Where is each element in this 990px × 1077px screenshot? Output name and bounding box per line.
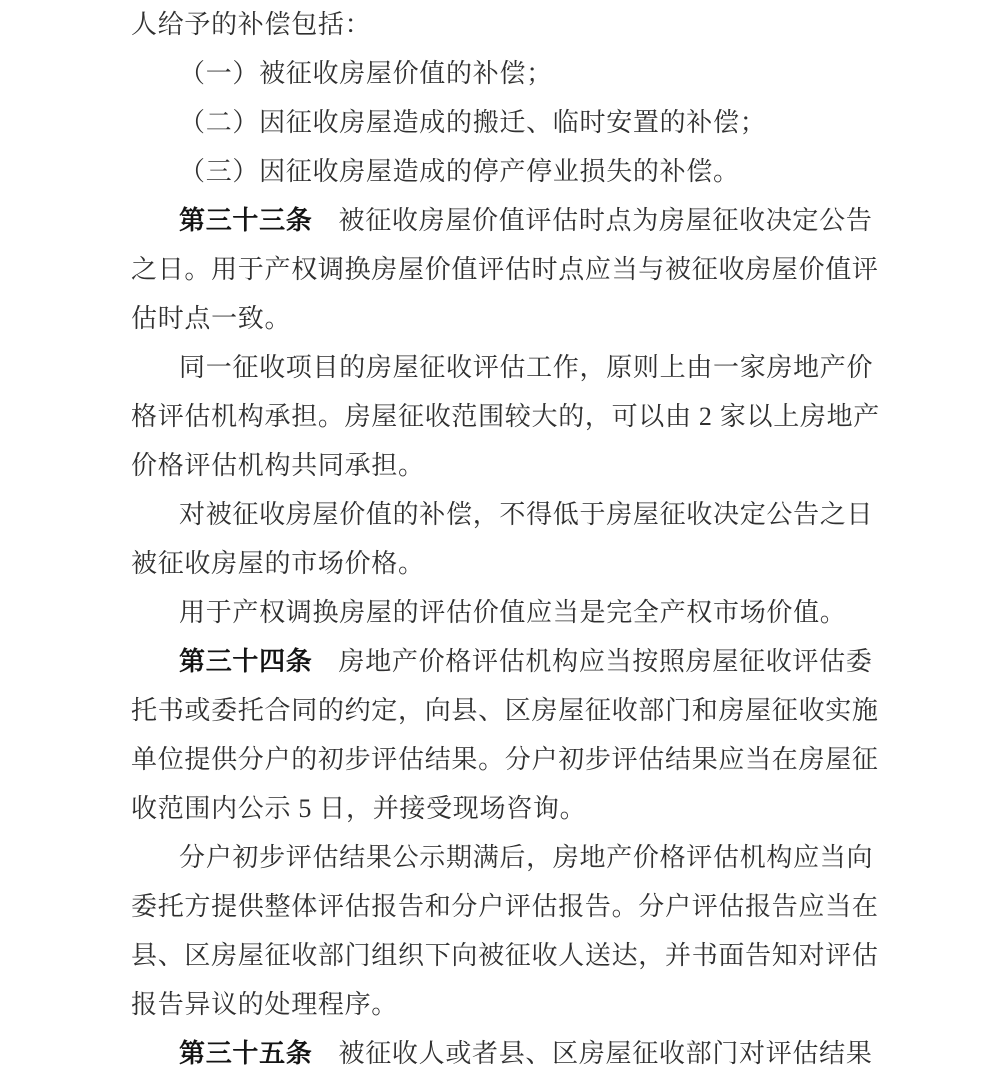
line-text: （三）因征收房屋造成的停产停业损失的补偿。 [179, 157, 740, 186]
line-text: 用于产权调换房屋的评估价值应当是完全产权市场价值。 [179, 598, 847, 627]
text-line: 同一征收项目的房屋征收评估工作，原则上由一家房地产价 [131, 343, 882, 392]
text-line: 估时点一致。 [131, 294, 882, 343]
article-line: 第三十三条被征收房屋价值评估时点为房屋征收决定公告 [131, 196, 882, 245]
line-text: 同一征收项目的房屋征收评估工作，原则上由一家房地产价 [179, 353, 873, 382]
line-text: 人给予的补偿包括： [131, 10, 371, 39]
article-line: 第三十四条房地产价格评估机构应当按照房屋征收评估委 [131, 637, 882, 686]
text-line: 委托方提供整体评估报告和分户评估报告。分户评估报告应当在 [131, 882, 882, 931]
text-line: 收范围内公示 5 日，并接受现场咨询。 [131, 784, 882, 833]
text-line: 县、区房屋征收部门组织下向被征收人送达，并书面告知对评估 [131, 931, 882, 980]
text-line: 被征收房屋的市场价格。 [131, 539, 882, 588]
article-number: 第三十三条 [179, 206, 313, 235]
document-page: 人给予的补偿包括： （一）被征收房屋价值的补偿； （二）因征收房屋造成的搬迁、临… [0, 0, 990, 1077]
article-line: 第三十五条被征收人或者县、区房屋征收部门对评估结果 [131, 1029, 882, 1077]
article-number: 第三十四条 [179, 647, 313, 676]
line-text: 县、区房屋征收部门组织下向被征收人送达，并书面告知对评估 [131, 941, 879, 970]
line-text: 被征收房屋价值评估时点为房屋征收决定公告 [339, 206, 873, 235]
line-text: 分户初步评估结果公示期满后，房地产价格评估机构应当向 [179, 843, 873, 872]
line-text: 之日。用于产权调换房屋价值评估时点应当与被征收房屋价值评 [131, 255, 879, 284]
line-text: 房地产价格评估机构应当按照房屋征收评估委 [339, 647, 873, 676]
line-text: （一）被征收房屋价值的补偿； [179, 59, 553, 88]
line-text: 被征收人或者县、区房屋征收部门对评估结果 [339, 1039, 873, 1068]
text-line: 对被征收房屋价值的补偿，不得低于房屋征收决定公告之日 [131, 490, 882, 539]
line-text: 被征收房屋的市场价格。 [131, 549, 425, 578]
text-line: 之日。用于产权调换房屋价值评估时点应当与被征收房屋价值评 [131, 245, 882, 294]
text-line: 用于产权调换房屋的评估价值应当是完全产权市场价值。 [131, 588, 882, 637]
article-number: 第三十五条 [179, 1039, 313, 1068]
text-line: 单位提供分户的初步评估结果。分户初步评估结果应当在房屋征 [131, 735, 882, 784]
line-text: 对被征收房屋价值的补偿，不得低于房屋征收决定公告之日 [179, 500, 873, 529]
line-text: 报告异议的处理程序。 [131, 990, 398, 1019]
text-line: 分户初步评估结果公示期满后，房地产价格评估机构应当向 [131, 833, 882, 882]
line-text: 估时点一致。 [131, 304, 291, 333]
line-text: 格评估机构承担。房屋征收范围较大的，可以由 2 家以上房地产 [131, 402, 880, 431]
text-line: 报告异议的处理程序。 [131, 980, 882, 1029]
list-item-line: （三）因征收房屋造成的停产停业损失的补偿。 [131, 147, 882, 196]
text-line: 价格评估机构共同承担。 [131, 441, 882, 490]
line-text: 单位提供分户的初步评估结果。分户初步评估结果应当在房屋征 [131, 745, 879, 774]
text-line: 托书或委托合同的约定，向县、区房屋征收部门和房屋征收实施 [131, 686, 882, 735]
line-text: 托书或委托合同的约定，向县、区房屋征收部门和房屋征收实施 [131, 696, 879, 725]
line-text: （二）因征收房屋造成的搬迁、临时安置的补偿； [179, 108, 766, 137]
line-text: 价格评估机构共同承担。 [131, 451, 425, 480]
line-text: 委托方提供整体评估报告和分户评估报告。分户评估报告应当在 [131, 892, 879, 921]
list-item-line: （二）因征收房屋造成的搬迁、临时安置的补偿； [131, 98, 882, 147]
line-text: 收范围内公示 5 日，并接受现场咨询。 [131, 794, 586, 823]
list-item-line: （一）被征收房屋价值的补偿； [131, 49, 882, 98]
text-line: 人给予的补偿包括： [131, 0, 882, 49]
text-line: 格评估机构承担。房屋征收范围较大的，可以由 2 家以上房地产 [131, 392, 882, 441]
